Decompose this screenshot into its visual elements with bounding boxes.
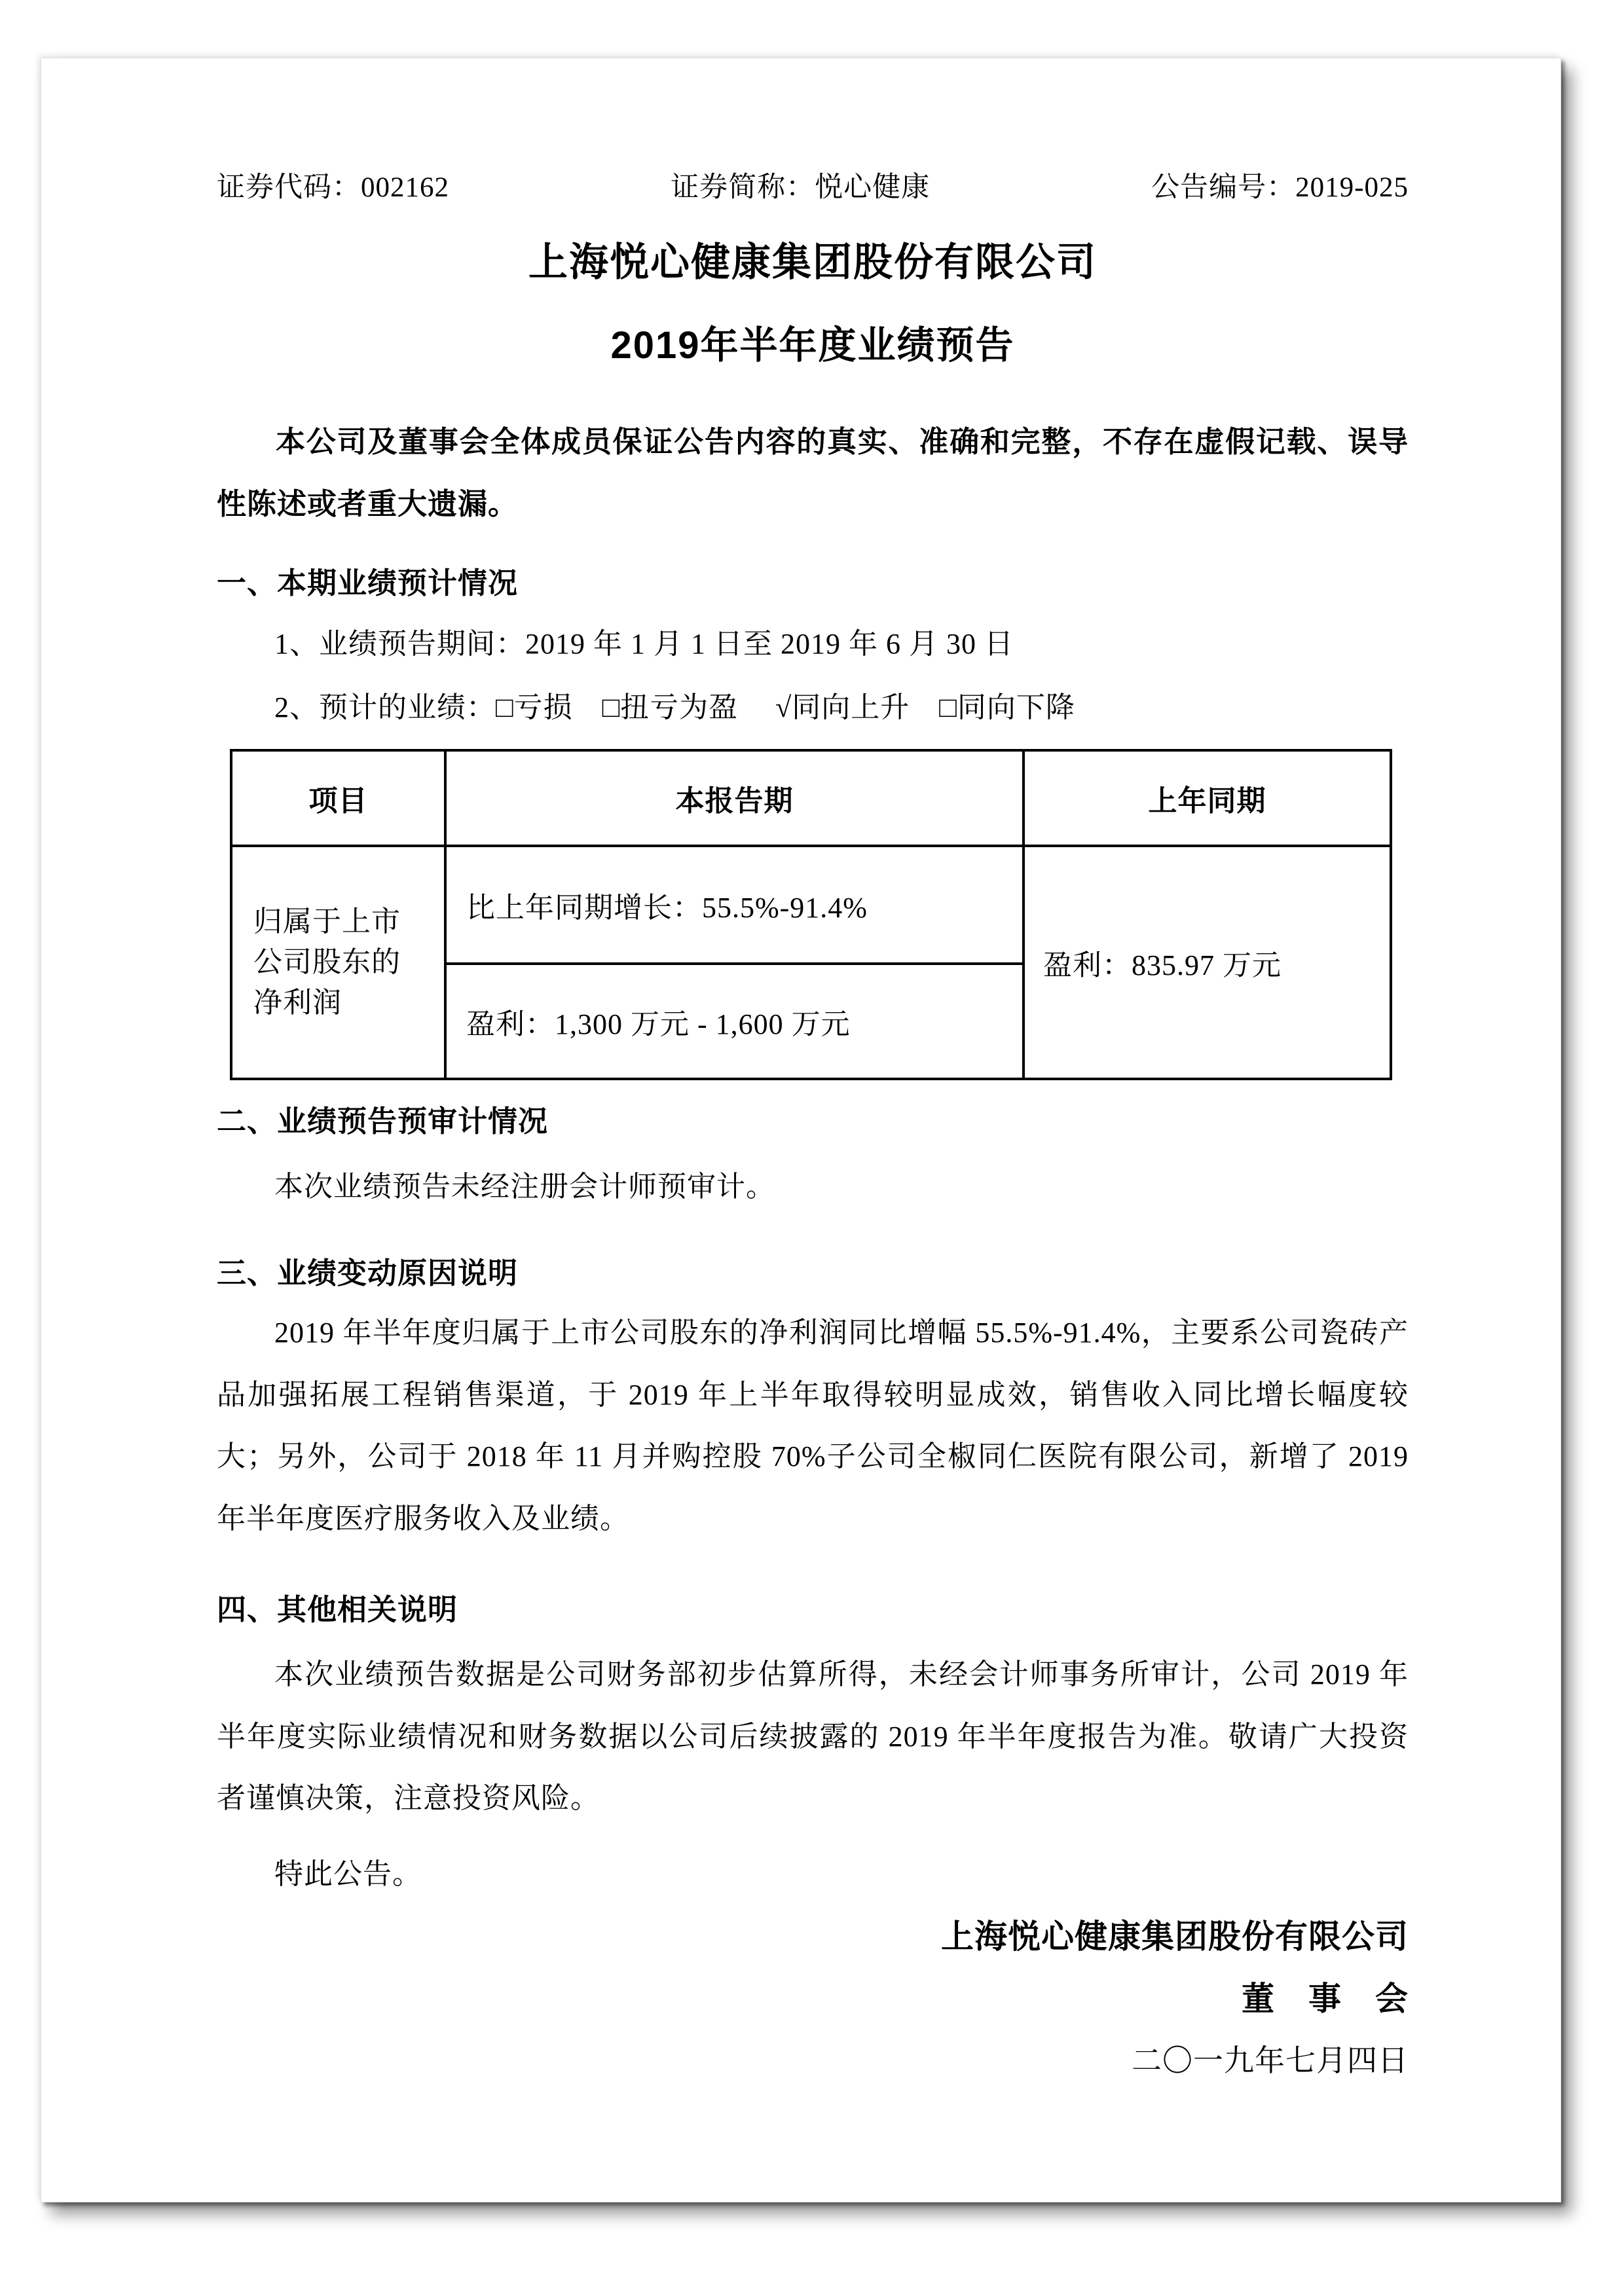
forecast-period-line: 1、业绩预告期间：2019 年 1 月 1 日至 2019 年 6 月 30 日 <box>217 613 1409 675</box>
table-cell-net-profit-label: 归属于上市 公司股东的 净利润 <box>231 846 445 1079</box>
document-canvas: 证券代码：002162 证券简称：悦心健康 公告编号：2019-025 上海悦心… <box>0 0 1624 2296</box>
section3-heading: 三、业绩变动原因说明 <box>217 1243 1409 1304</box>
closing-line: 特此公告。 <box>217 1844 1409 1905</box>
announcement-page: 证券代码：002162 证券简称：悦心健康 公告编号：2019-025 上海悦心… <box>41 58 1561 2202</box>
forecast-type-line: 2、预计的业绩：□亏损 □扭亏为盈 √同向上升 □同向下降 <box>217 677 1409 738</box>
table-cell-prior-profit: 盈利：835.97 万元 <box>1024 846 1391 1079</box>
section2-heading: 二、业绩预告预审计情况 <box>217 1091 1409 1152</box>
performance-forecast-table: 项目 本报告期 上年同期 归属于上市 公司股东的 净利润 比上年同期增长：55.… <box>230 749 1392 1080</box>
stock-short-name: 证券简称：悦心健康 <box>671 157 930 219</box>
document-header-row: 证券代码：002162 证券简称：悦心健康 公告编号：2019-025 <box>217 157 1409 219</box>
disclaimer-paragraph: 本公司及董事会全体成员保证公告内容的真实、准确和完整，不存在虚假记载、误导性陈述… <box>217 411 1409 535</box>
company-title: 上海悦心健康集团股份有限公司 <box>217 232 1409 293</box>
table-header-item: 项目 <box>231 750 445 846</box>
section4-body: 本次业绩预告数据是公司财务部初步估算所得，未经会计师事务所审计，公司 2019 … <box>217 1644 1409 1830</box>
table-row-growth: 归属于上市 公司股东的 净利润 比上年同期增长：55.5%-91.4% 盈利：8… <box>231 846 1391 964</box>
section1-heading: 一、本期业绩预计情况 <box>217 553 1409 614</box>
stock-code: 证券代码：002162 <box>217 157 449 219</box>
table-header-current-period: 本报告期 <box>445 750 1024 846</box>
document-subtitle: 2019年半年度业绩预告 <box>217 315 1409 376</box>
section2-body: 本次业绩预告未经注册会计师预审计。 <box>217 1156 1409 1218</box>
table-header-prior-period: 上年同期 <box>1024 750 1391 846</box>
signature-date: 二〇一九年七月四日 <box>217 2030 1409 2092</box>
signature-board: 董 事 会 <box>217 1968 1409 2030</box>
announcement-number: 公告编号：2019-025 <box>1151 157 1409 219</box>
table-header-row: 项目 本报告期 上年同期 <box>231 750 1391 846</box>
table-cell-growth-rate: 比上年同期增长：55.5%-91.4% <box>445 846 1024 964</box>
section3-body: 2019 年半年度归属于上市公司股东的净利润同比增幅 55.5%-91.4%，主… <box>217 1302 1409 1550</box>
section4-heading: 四、其他相关说明 <box>217 1579 1409 1641</box>
table-cell-profit-range: 盈利：1,300 万元 - 1,600 万元 <box>445 964 1024 1079</box>
signature-company: 上海悦心健康集团股份有限公司 <box>217 1906 1409 1967</box>
